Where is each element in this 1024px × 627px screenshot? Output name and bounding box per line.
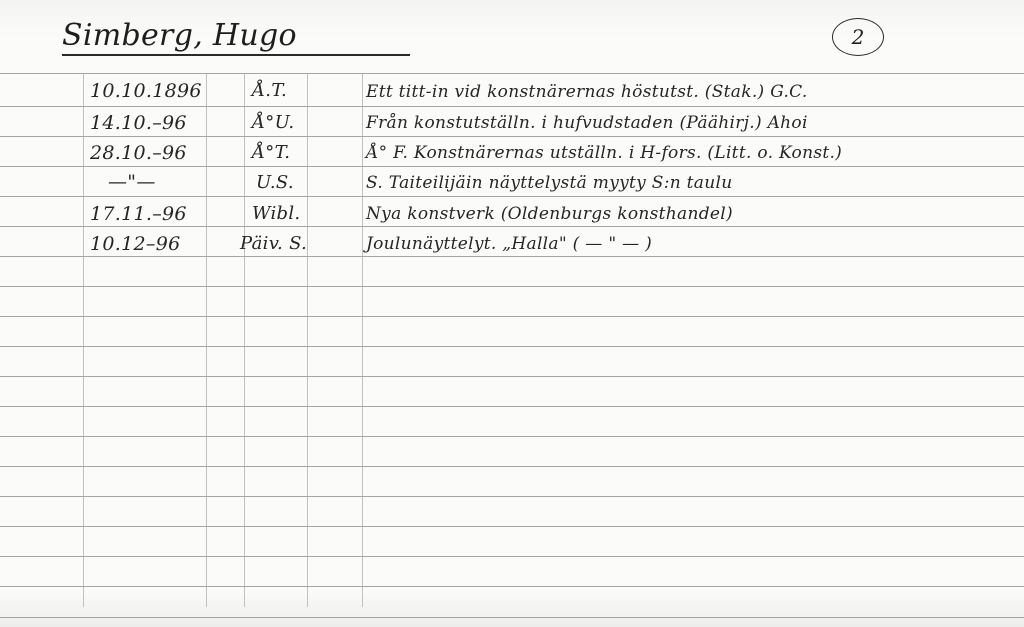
column-line bbox=[244, 73, 245, 607]
entry-description: Från konstutställn. i hufvudstaden (Pääh… bbox=[366, 113, 808, 133]
ruled-line bbox=[0, 436, 1024, 437]
entry-date: 28.10.–96 bbox=[90, 142, 187, 164]
ruled-line bbox=[0, 346, 1024, 347]
ruled-line bbox=[0, 406, 1024, 407]
entry-description: Å° F. Konstnärernas utställn. i H-fors. … bbox=[366, 143, 842, 163]
entry-source: Å°T. bbox=[252, 142, 290, 163]
ruled-line bbox=[0, 496, 1024, 497]
ruled-line bbox=[0, 73, 1024, 74]
ruled-line bbox=[0, 136, 1024, 137]
ruled-line bbox=[0, 617, 1024, 618]
entry-date: 14.10.–96 bbox=[90, 112, 187, 134]
column-line bbox=[206, 73, 207, 607]
column-line bbox=[83, 73, 84, 607]
card-number-badge: 2 bbox=[832, 18, 884, 56]
column-line bbox=[362, 73, 363, 607]
artist-name: Simberg, Hugo bbox=[62, 18, 297, 53]
entry-date: 10.12–96 bbox=[90, 233, 180, 255]
ruled-line bbox=[0, 586, 1024, 587]
entry-description: Joulunäyttelyt. „Halla" ( — " — ) bbox=[366, 234, 652, 254]
column-line bbox=[307, 73, 308, 607]
entry-date: 10.10.1896 bbox=[90, 80, 202, 102]
name-underline bbox=[62, 54, 410, 56]
entry-date: —"— bbox=[108, 171, 156, 193]
ruled-line bbox=[0, 106, 1024, 107]
entry-description: S. Taiteilijäin näyttelystä myyty S:n ta… bbox=[366, 173, 732, 193]
ruled-line bbox=[0, 286, 1024, 287]
entry-description: Ett titt-in vid konstnärernas höstutst. … bbox=[366, 82, 808, 102]
ruled-line bbox=[0, 526, 1024, 527]
card-number: 2 bbox=[852, 25, 865, 49]
entry-source: U.S. bbox=[256, 172, 294, 193]
ruled-line bbox=[0, 256, 1024, 257]
entry-source: Päiv. S. bbox=[240, 233, 307, 254]
entry-date: 17.11.–96 bbox=[90, 203, 187, 225]
ruled-line bbox=[0, 556, 1024, 557]
entry-source: Wibl. bbox=[252, 203, 300, 224]
entry-description: Nya konstverk (Oldenburgs konsthandel) bbox=[366, 204, 733, 224]
ruled-line bbox=[0, 376, 1024, 377]
ruled-line bbox=[0, 196, 1024, 197]
entry-source: Å°U. bbox=[252, 112, 294, 133]
index-card: Simberg, Hugo 2 10.10.1896 Å.T. Ett titt… bbox=[0, 0, 1024, 627]
ruled-line bbox=[0, 166, 1024, 167]
ruled-line bbox=[0, 466, 1024, 467]
ruled-line bbox=[0, 226, 1024, 227]
ruled-line bbox=[0, 316, 1024, 317]
entry-source: Å.T. bbox=[252, 80, 287, 101]
